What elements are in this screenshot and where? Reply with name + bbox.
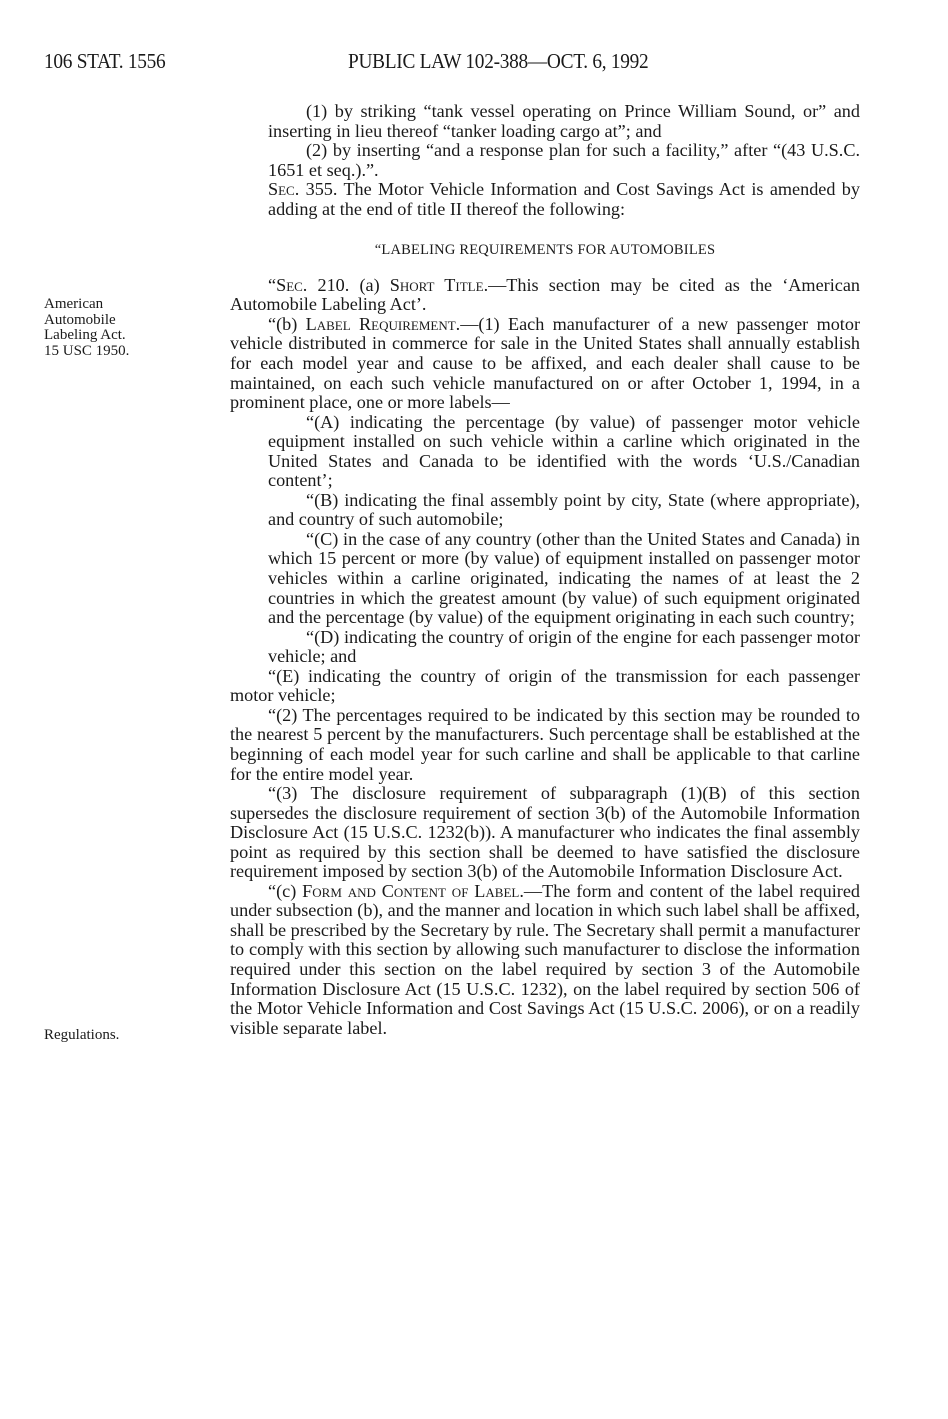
subsection-c: “(c) Form and Content of Label.—The form… [230,882,860,1038]
paragraph-2: “(2) The percentages required to be indi… [230,706,860,784]
list-item-c: “(C) in the case of any country (other t… [268,530,860,628]
amendment-2: (2) by inserting “and a response plan fo… [230,141,860,180]
section-355: Sec. 355. The Motor Vehicle Information … [230,180,860,219]
section-label: Sec. [276,275,307,295]
subsection-text: .—The form and content of the label requ… [230,881,860,1038]
margin-note-line: American [44,297,129,313]
section-210-short-title: “Sec. 210. (a) Short Title.—This section… [230,276,860,315]
subsection-caption: Form and Content of Label [302,881,519,901]
subsection-number: “(b) [268,314,306,334]
label-items-list: “(A) indicating the percentage (by value… [230,413,860,706]
list-item-a: “(A) indicating the percentage (by value… [268,413,860,491]
margin-note-short-title: American Automobile Labeling Act. 15 USC… [44,297,129,359]
margin-note-regulations: Regulations. [44,1028,119,1044]
amendment-2-text: (2) by inserting “and a response plan fo… [268,140,860,180]
subsection-number: “(c) [268,881,302,901]
margin-note-line: Automobile [44,313,129,329]
subsection-caption: Label Requirement [306,314,456,334]
statute-page: 106 STAT. 1556 PUBLIC LAW 102-388—OCT. 6… [0,0,948,1419]
section-heading: “LABELING REQUIREMENTS FOR AUTOMOBILES [230,241,860,261]
subsection-caption: Short Title [390,275,484,295]
subsection-b: “(b) Label Requirement.—(1) Each manufac… [230,315,860,413]
amendment-1-text: (1) by striking “tank vessel operating o… [268,101,860,141]
quote-mark: “ [268,275,276,295]
section-number: 210. (a) [307,275,389,295]
amendment-1: (1) by striking “tank vessel operating o… [230,102,860,141]
stat-page-reference: 106 STAT. 1556 [44,49,165,74]
margin-note-line: Labeling Act. [44,328,129,344]
section-355-text: 355. The Motor Vehicle Information and C… [268,179,860,219]
list-item-e: “(E) indicating the country of origin of… [230,667,860,706]
margin-note-line: 15 USC 1950. [44,344,129,360]
paragraph-3: “(3) The disclosure requirement of subpa… [230,784,860,882]
statute-body: (1) by striking “tank vessel operating o… [230,102,860,1038]
running-header-law-title: PUBLIC LAW 102-388—OCT. 6, 1992 [348,49,648,74]
section-label: Sec. [268,179,299,199]
list-item-d: “(D) indicating the country of origin of… [268,628,860,667]
list-item-b: “(B) indicating the final assembly point… [268,491,860,530]
